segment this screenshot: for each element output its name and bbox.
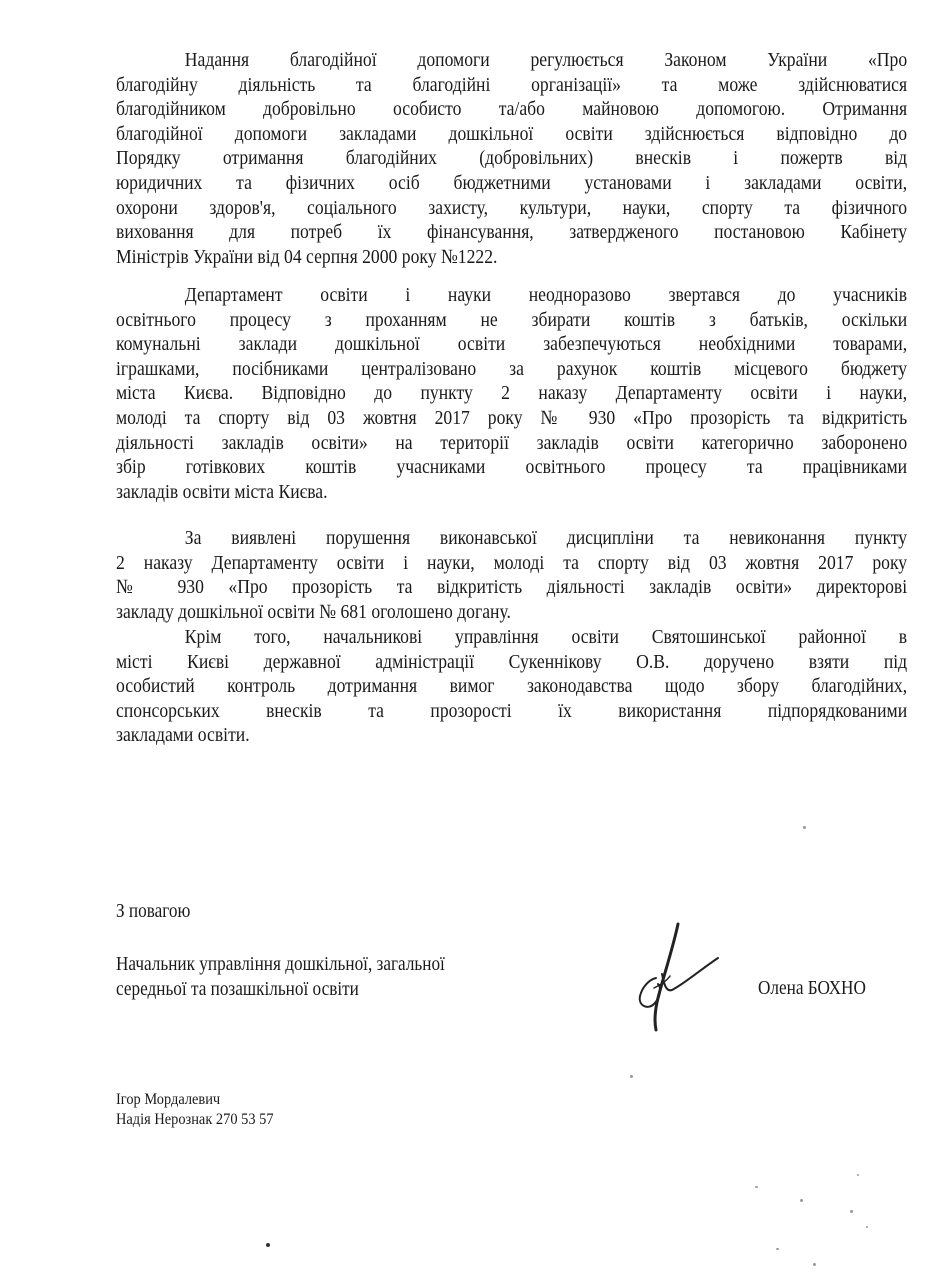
- text-line: Надання благодійної допомоги регулюється…: [116, 48, 907, 73]
- scan-speck: [630, 1075, 633, 1078]
- signer-title-line: середньої та позашкільної освіти: [116, 977, 445, 1002]
- paragraph-department-appeal: Департамент освіти і науки неодноразово …: [116, 283, 907, 504]
- text-line: Департамент освіти і науки неодноразово …: [116, 283, 907, 308]
- text-line: благодійної допомоги закладами дошкільно…: [116, 122, 907, 147]
- text-line: 2 наказу Департаменту освіти і науки, мо…: [116, 551, 907, 576]
- text-line: місті Києві державної адміністрації Суке…: [116, 650, 907, 675]
- text-line: благодійну діяльність та благодійні орга…: [116, 73, 907, 98]
- scan-speck: [813, 1263, 816, 1266]
- text-line: Крім того, начальникові управління освіт…: [116, 625, 907, 650]
- letter-page: Надання благодійної допомоги регулюється…: [0, 0, 944, 1280]
- text-line: За виявлені порушення виконавської дисци…: [116, 526, 907, 551]
- closing-salutation: З повагою: [116, 900, 190, 923]
- signer-title-line: Начальник управління дошкільної, загальн…: [116, 952, 445, 977]
- text-line: закладу дошкільної освіти № 681 оголошен…: [116, 600, 907, 625]
- signer-title: Начальник управління дошкільної, загальн…: [116, 952, 445, 1002]
- contact-line: Надія Нерознак 270 53 57: [116, 1110, 274, 1130]
- text-line: молоді та спорту від 03 жовтня 2017 року…: [116, 406, 907, 431]
- text-line: діяльності закладів освіти» на території…: [116, 431, 907, 456]
- text-line: Порядку отримання благодійних (добровіль…: [116, 146, 907, 171]
- scan-speck: [866, 1226, 868, 1228]
- contact-persons: Ігор Мордалевич Надія Нерознак 270 53 57: [116, 1090, 274, 1130]
- signature-icon: [618, 918, 728, 1033]
- text-line: іграшками, посібниками централізовано за…: [116, 357, 907, 382]
- text-line: охорони здоров'я, соціального захисту, к…: [116, 196, 907, 221]
- scan-speck: [803, 826, 806, 829]
- text-line: закладами освіти.: [116, 723, 907, 748]
- signer-name: Олена БОХНО: [758, 976, 866, 1001]
- text-line: збір готівкових коштів учасниками освітн…: [116, 455, 907, 480]
- text-line: закладів освіти міста Києва.: [116, 480, 907, 505]
- text-line: благодійником добровільно особисто та/аб…: [116, 97, 907, 122]
- scan-speck: [800, 1199, 803, 1202]
- text-line: Міністрів України від 04 серпня 2000 рок…: [116, 245, 907, 270]
- scan-speck: [857, 1174, 859, 1176]
- scan-speck: [776, 1248, 779, 1250]
- text-line: комунальні заклади дошкільної освіти заб…: [116, 332, 907, 357]
- scan-speck: [266, 1243, 270, 1247]
- text-line: юридичних та фізичних осіб бюджетними ус…: [116, 171, 907, 196]
- scan-speck: [755, 1186, 758, 1188]
- text-line: освітнього процесу з проханням не збират…: [116, 308, 907, 333]
- text-line: міста Києва. Відповідно до пункту 2 нака…: [116, 381, 907, 406]
- paragraph-control-assignment: Крім того, начальникові управління освіт…: [116, 625, 907, 748]
- text-line: спонсорських внесків та прозорості їх ви…: [116, 699, 907, 724]
- text-line: виховання для потреб їх фінансування, за…: [116, 220, 907, 245]
- text-line: особистий контроль дотримання вимог зако…: [116, 674, 907, 699]
- scan-speck: [850, 1210, 853, 1213]
- paragraph-charity-law: Надання благодійної допомоги регулюється…: [116, 48, 907, 269]
- contact-line: Ігор Мордалевич: [116, 1090, 274, 1110]
- paragraph-reprimand: За виявлені порушення виконавської дисци…: [116, 526, 907, 624]
- text-line: № 930 «Про прозорість та відкритість дія…: [116, 575, 907, 600]
